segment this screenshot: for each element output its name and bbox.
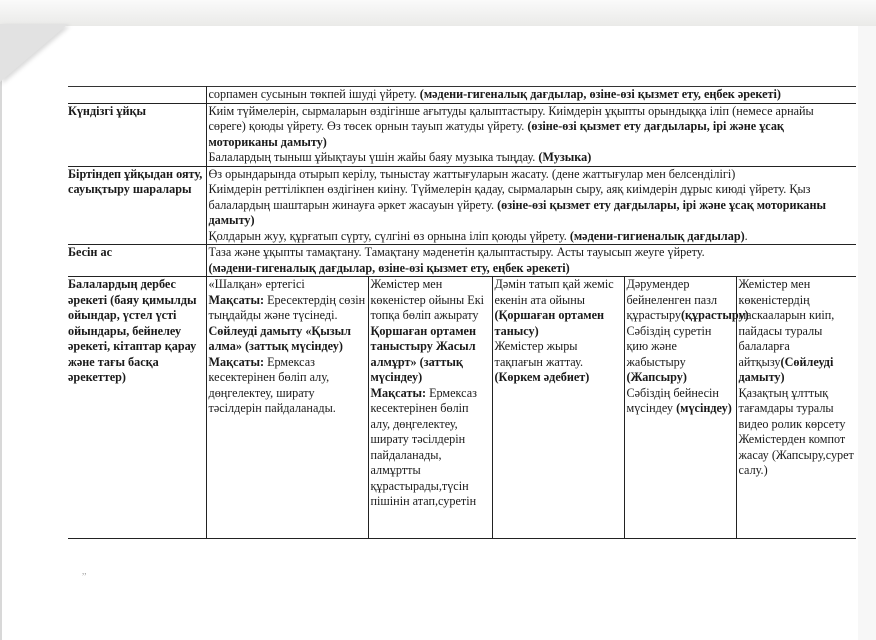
bold-text-run: (Жапсыру) [627,370,687,384]
scan-speck: ,, [82,566,87,576]
text-run: Жемістер мен көкеністер ойыны Екі топқа … [371,277,485,322]
scan-right-edge [858,26,876,640]
bold-text-run: Сөйлеуді дамыту «Қызыл алма» (заттық мүс… [209,324,352,354]
text-run: Жемістер жыры тақпағын жаттау. [495,339,584,369]
bold-text-run: Мақсаты: [371,386,430,400]
activity-cell: Жемістер мен көкеністердің маскааларын к… [736,277,856,539]
bold-text-run: (Музыка) [538,150,591,164]
text-run: . [745,229,748,243]
text-run: Дәмін татып қай жеміс екенін ата ойыны [495,277,614,307]
row-label: Күндізгі ұйқы [68,103,206,166]
activity-cell: «Шалқан» ертегісіМақсаты: Ересектердің с… [206,277,368,539]
row-label: Біртіндеп ұйқыдан ояту, сауықтыру шарала… [68,166,206,245]
text-run: Қолдарын жуу, құрғатып сүрту, сүлгіні өз… [209,229,570,243]
table-row: Біртіндеп ұйқыдан ояту, сауықтыру шарала… [68,166,856,245]
row-content: Киім түймелерін, сырмаларын өздігінше ағ… [206,103,856,166]
text-run: Сәбіздің суретін қию және жабыстыру [627,324,712,369]
text-run: Өз орындарында отырып керілу, тыныстау ж… [209,167,736,181]
activity-cell: Жемістер мен көкеністер ойыны Екі топқа … [368,277,492,539]
bold-text-run: Мақсаты: [209,355,268,369]
bold-text-run: Қоршаған ортамен таныстыру Жасыл алмұрт»… [371,324,476,385]
row-label [68,87,206,104]
activity-cell: Дәмін татып қай жеміс екенін ата ойыны (… [492,277,624,539]
table-row-activities: Балалардың дербес әрекеті (баяу қимылды … [68,277,856,539]
bold-text-run: (Қоршаған ортамен танысу) [495,308,605,338]
bold-text-run: (мәдени-гигиеналық дағдылар) [570,229,745,243]
table-row: Күндізгі ұйқыКиім түймелерін, сырмаларын… [68,103,856,166]
bold-text-run: Мақсаты: [209,293,268,307]
text-run: Балалардың тыныш ұйықтауы үшін жайы баяу… [209,150,539,164]
bold-text-run: (мүсіндеу) [676,401,732,415]
activity-cell: Дәрумендер бейнеленген пазл құрастыру(құ… [624,277,736,539]
daily-plan-table: сорпамен сусынын төкпей ішуді үйрету. (м… [68,86,856,539]
text-run: Ермексаз кесектерінен бөліп алу, дөңгеле… [371,386,477,509]
row-label: Бесін ас [68,245,206,277]
text-run: Қазақтың ұлттық тағамдары туралы видео р… [739,386,846,431]
bold-text-run: (Көркем әдебиет) [495,370,590,384]
text-run: Жемістерден компот жасау (Жапсыру,сурет … [739,432,854,477]
text-run: «Шалқан» ертегісі [209,277,305,291]
row-label: Балалардың дербес әрекеті (баяу қимылды … [68,277,206,539]
row-content: сорпамен сусынын төкпей ішуді үйрету. (м… [206,87,856,104]
bold-text-run: (мәдени-гигеналық дағдылар, өзіне-өзі қы… [420,87,781,101]
bold-text-run: (мәдени-гигеналық дағдылар, өзіне-өзі қы… [209,261,570,275]
folded-page-corner [0,24,68,82]
table-row: Бесін асТаза және ұқыпты тамақтану. Тама… [68,245,856,277]
table-row: сорпамен сусынын төкпей ішуді үйрету. (м… [68,87,856,104]
scan-background [0,0,876,28]
text-run: сорпамен сусынын төкпей ішуді үйрету. [209,87,420,101]
row-content: Таза және ұқыпты тамақтану. Тамақтану мә… [206,245,856,277]
text-run: Таза және ұқыпты тамақтану. Тамақтану мә… [209,245,705,259]
row-content: Өз орындарында отырып керілу, тыныстау ж… [206,166,856,245]
